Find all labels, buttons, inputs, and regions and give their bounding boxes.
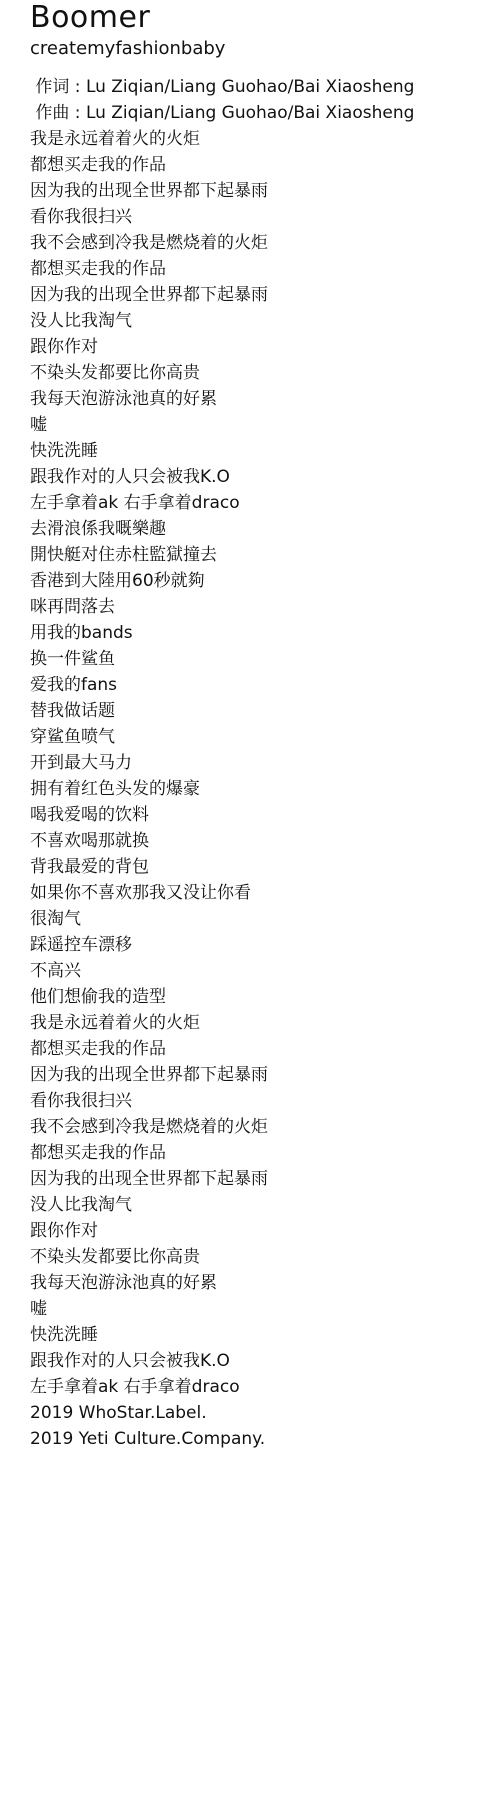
lyric-line: 跟你作对 (30, 1218, 500, 1244)
lyric-line: 不喜欢喝那就换 (30, 828, 500, 854)
lyric-line: 嘘 (30, 412, 500, 438)
lyric-line: 喝我爱喝的饮料 (30, 802, 500, 828)
lyric-line: 没人比我淘气 (30, 1192, 500, 1218)
lyric-line: 我每天泡游泳池真的好累 (30, 1270, 500, 1296)
lyric-line: 嘘 (30, 1296, 500, 1322)
lyric-line: 左手拿着ak 右手拿着draco (30, 490, 500, 516)
lyric-line: 不高兴 (30, 958, 500, 984)
artist-name: createmyfashionbaby (30, 38, 500, 60)
lyric-line: 2019 Yeti Culture.Company. (30, 1426, 500, 1452)
lyric-line: 替我做话题 (30, 698, 500, 724)
lyric-line: 香港到大陸用60秒就夠 (30, 568, 500, 594)
song-title: Boomer (30, 0, 500, 36)
lyric-line: 因为我的出现全世界都下起暴雨 (30, 1062, 500, 1088)
lyric-line: 看你我很扫兴 (30, 204, 500, 230)
lyric-line: 我每天泡游泳池真的好累 (30, 386, 500, 412)
lyric-line: 作曲 : Lu Ziqian/Liang Guohao/Bai Xiaoshen… (30, 100, 500, 126)
lyric-line: 跟我作对的人只会被我K.O (30, 1348, 500, 1374)
lyric-line: 因为我的出现全世界都下起暴雨 (30, 282, 500, 308)
lyric-line: 我不会感到冷我是燃烧着的火炬 (30, 1114, 500, 1140)
lyric-line: 我不会感到冷我是燃烧着的火炬 (30, 230, 500, 256)
lyric-line: 穿鲨鱼喷气 (30, 724, 500, 750)
lyrics-page: Boomer createmyfashionbaby 作词 : Lu Ziqia… (0, 0, 500, 1452)
lyric-line: 左手拿着ak 右手拿着draco (30, 1374, 500, 1400)
lyric-line: 没人比我淘气 (30, 308, 500, 334)
lyric-line: 跟我作对的人只会被我K.O (30, 464, 500, 490)
lyric-line: 踩遥控车漂移 (30, 932, 500, 958)
lyric-line: 2019 WhoStar.Label. (30, 1400, 500, 1426)
lyric-line: 很淘气 (30, 906, 500, 932)
lyric-line: 因为我的出现全世界都下起暴雨 (30, 1166, 500, 1192)
lyric-line: 他们想偷我的造型 (30, 984, 500, 1010)
lyric-line: 拥有着红色头发的爆豪 (30, 776, 500, 802)
lyrics-body: 作词 : Lu Ziqian/Liang Guohao/Bai Xiaoshen… (30, 74, 500, 1452)
lyric-line: 作词 : Lu Ziqian/Liang Guohao/Bai Xiaoshen… (30, 74, 500, 100)
lyric-line: 快洗洗睡 (30, 1322, 500, 1348)
lyric-line: 不染头发都要比你高贵 (30, 360, 500, 386)
lyric-line: 不染头发都要比你高贵 (30, 1244, 500, 1270)
lyric-line: 開快艇对住赤柱監獄撞去 (30, 542, 500, 568)
lyric-line: 去滑浪係我嘅樂趣 (30, 516, 500, 542)
lyric-line: 跟你作对 (30, 334, 500, 360)
lyric-line: 都想买走我的作品 (30, 1036, 500, 1062)
lyric-line: 我是永远着着火的火炬 (30, 126, 500, 152)
lyric-line: 都想买走我的作品 (30, 256, 500, 282)
lyric-line: 开到最大马力 (30, 750, 500, 776)
lyric-line: 换一件鲨鱼 (30, 646, 500, 672)
lyric-line: 用我的bands (30, 620, 500, 646)
lyric-line: 如果你不喜欢那我又没让你看 (30, 880, 500, 906)
lyric-line: 都想买走我的作品 (30, 152, 500, 178)
lyric-line: 爱我的fans (30, 672, 500, 698)
lyric-line: 咪再問落去 (30, 594, 500, 620)
lyric-line: 因为我的出现全世界都下起暴雨 (30, 178, 500, 204)
lyric-line: 我是永远着着火的火炬 (30, 1010, 500, 1036)
lyric-line: 背我最爱的背包 (30, 854, 500, 880)
lyric-line: 都想买走我的作品 (30, 1140, 500, 1166)
lyric-line: 快洗洗睡 (30, 438, 500, 464)
lyric-line: 看你我很扫兴 (30, 1088, 500, 1114)
